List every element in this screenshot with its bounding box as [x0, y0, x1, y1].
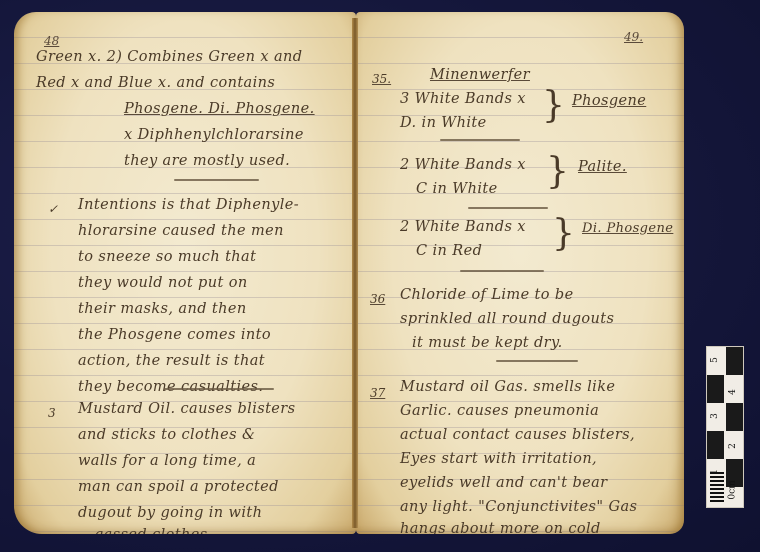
scale-bar: 5 4 3 2 1 0cm: [707, 347, 743, 507]
mm-ticks: [710, 472, 724, 502]
divider-rule: [440, 139, 520, 141]
entry-line: 2 White Bands x: [400, 214, 526, 240]
page-number: 49.: [624, 30, 643, 44]
entry-line: C in Red: [416, 238, 482, 264]
entry-line: eyelids well and can't bear: [400, 470, 607, 496]
entry-line: hlorarsine caused the men: [78, 218, 284, 244]
entry-line: Phosgene. Di. Phosgene.: [124, 96, 315, 122]
entry-line: they are mostly used.: [124, 148, 290, 174]
entry-line: C in White: [416, 176, 498, 202]
entry-line: and sticks to clothes &: [78, 422, 255, 448]
divider-rule: [460, 270, 544, 272]
scale-square: [707, 431, 724, 459]
entry-line: Eyes start with irritation,: [400, 446, 597, 472]
scale-square: [726, 347, 743, 375]
scale-label: 2: [728, 443, 738, 449]
entry-heading: Minenwerfer: [430, 62, 530, 88]
left-page: 48 Green x. 2) Combines Green x and Red …: [14, 12, 356, 534]
open-notebook: 48 Green x. 2) Combines Green x and Red …: [14, 12, 684, 534]
entry-line: hangs about more on cold: [400, 516, 601, 534]
scale-label: 3: [710, 413, 720, 419]
entry-line: walls for a long time, a: [78, 448, 256, 474]
entry-marker: 35.: [372, 72, 391, 86]
scale-label: 5: [710, 357, 720, 363]
entry-line: it must be kept dry.: [412, 330, 563, 356]
entry-line: gassed clothes.: [94, 522, 213, 534]
entry-line: Garlic. causes pneumonia: [400, 398, 599, 424]
group-result: Phosgene: [572, 88, 646, 114]
brace-icon: }: [542, 86, 565, 126]
scale-label: 4: [728, 389, 738, 395]
scale-square: [707, 375, 724, 403]
entry-line: 2 White Bands x: [400, 152, 526, 178]
entry-line: Mustard Oil. causes blisters: [78, 396, 295, 422]
brace-icon: }: [546, 152, 569, 192]
entry-marker: 36: [370, 292, 385, 306]
divider-rule: [174, 179, 259, 181]
entry-line: sprinkled all round dugouts: [400, 306, 614, 332]
group-result: Palite.: [578, 154, 627, 180]
entry-line: x Diphhenylchlorarsine: [124, 122, 304, 148]
divider-rule: [164, 388, 274, 390]
entry-line: actual contact causes blisters,: [400, 422, 635, 448]
entry-marker: 3: [48, 406, 56, 420]
entry-line: Chloride of Lime to be: [400, 282, 574, 308]
entry-line: Red x and Blue x. and contains: [36, 70, 275, 96]
divider-rule: [468, 207, 548, 209]
entry-line: their masks, and then: [78, 296, 247, 322]
scale-unit-label: 0cm: [728, 480, 738, 499]
entry-line: the Phosgene comes into: [78, 322, 271, 348]
entry-line: action, the result is that: [78, 348, 265, 374]
right-page: 49. 35. Minenwerfer 3 White Bands x D. i…: [356, 12, 684, 534]
entry-line: Intentions is that Diphenyle-: [78, 192, 299, 218]
entry-line: man can spoil a protected: [78, 474, 279, 500]
brace-icon: }: [552, 214, 575, 254]
scale-square: [726, 403, 743, 431]
entry-line: Green x. 2) Combines Green x and: [36, 44, 302, 70]
entry-marker: ✓: [48, 202, 58, 216]
entry-line: to sneeze so much that: [78, 244, 256, 270]
entry-line: they would not put on: [78, 270, 248, 296]
entry-marker: 37: [370, 386, 385, 400]
group-result: Di. Phosgene: [582, 216, 673, 242]
entry-line: Mustard oil Gas. smells like: [400, 374, 615, 400]
notebook-gutter: [352, 18, 358, 528]
divider-rule: [496, 360, 578, 362]
entry-line: 3 White Bands x: [400, 86, 526, 112]
entry-line: D. in White: [400, 110, 487, 136]
